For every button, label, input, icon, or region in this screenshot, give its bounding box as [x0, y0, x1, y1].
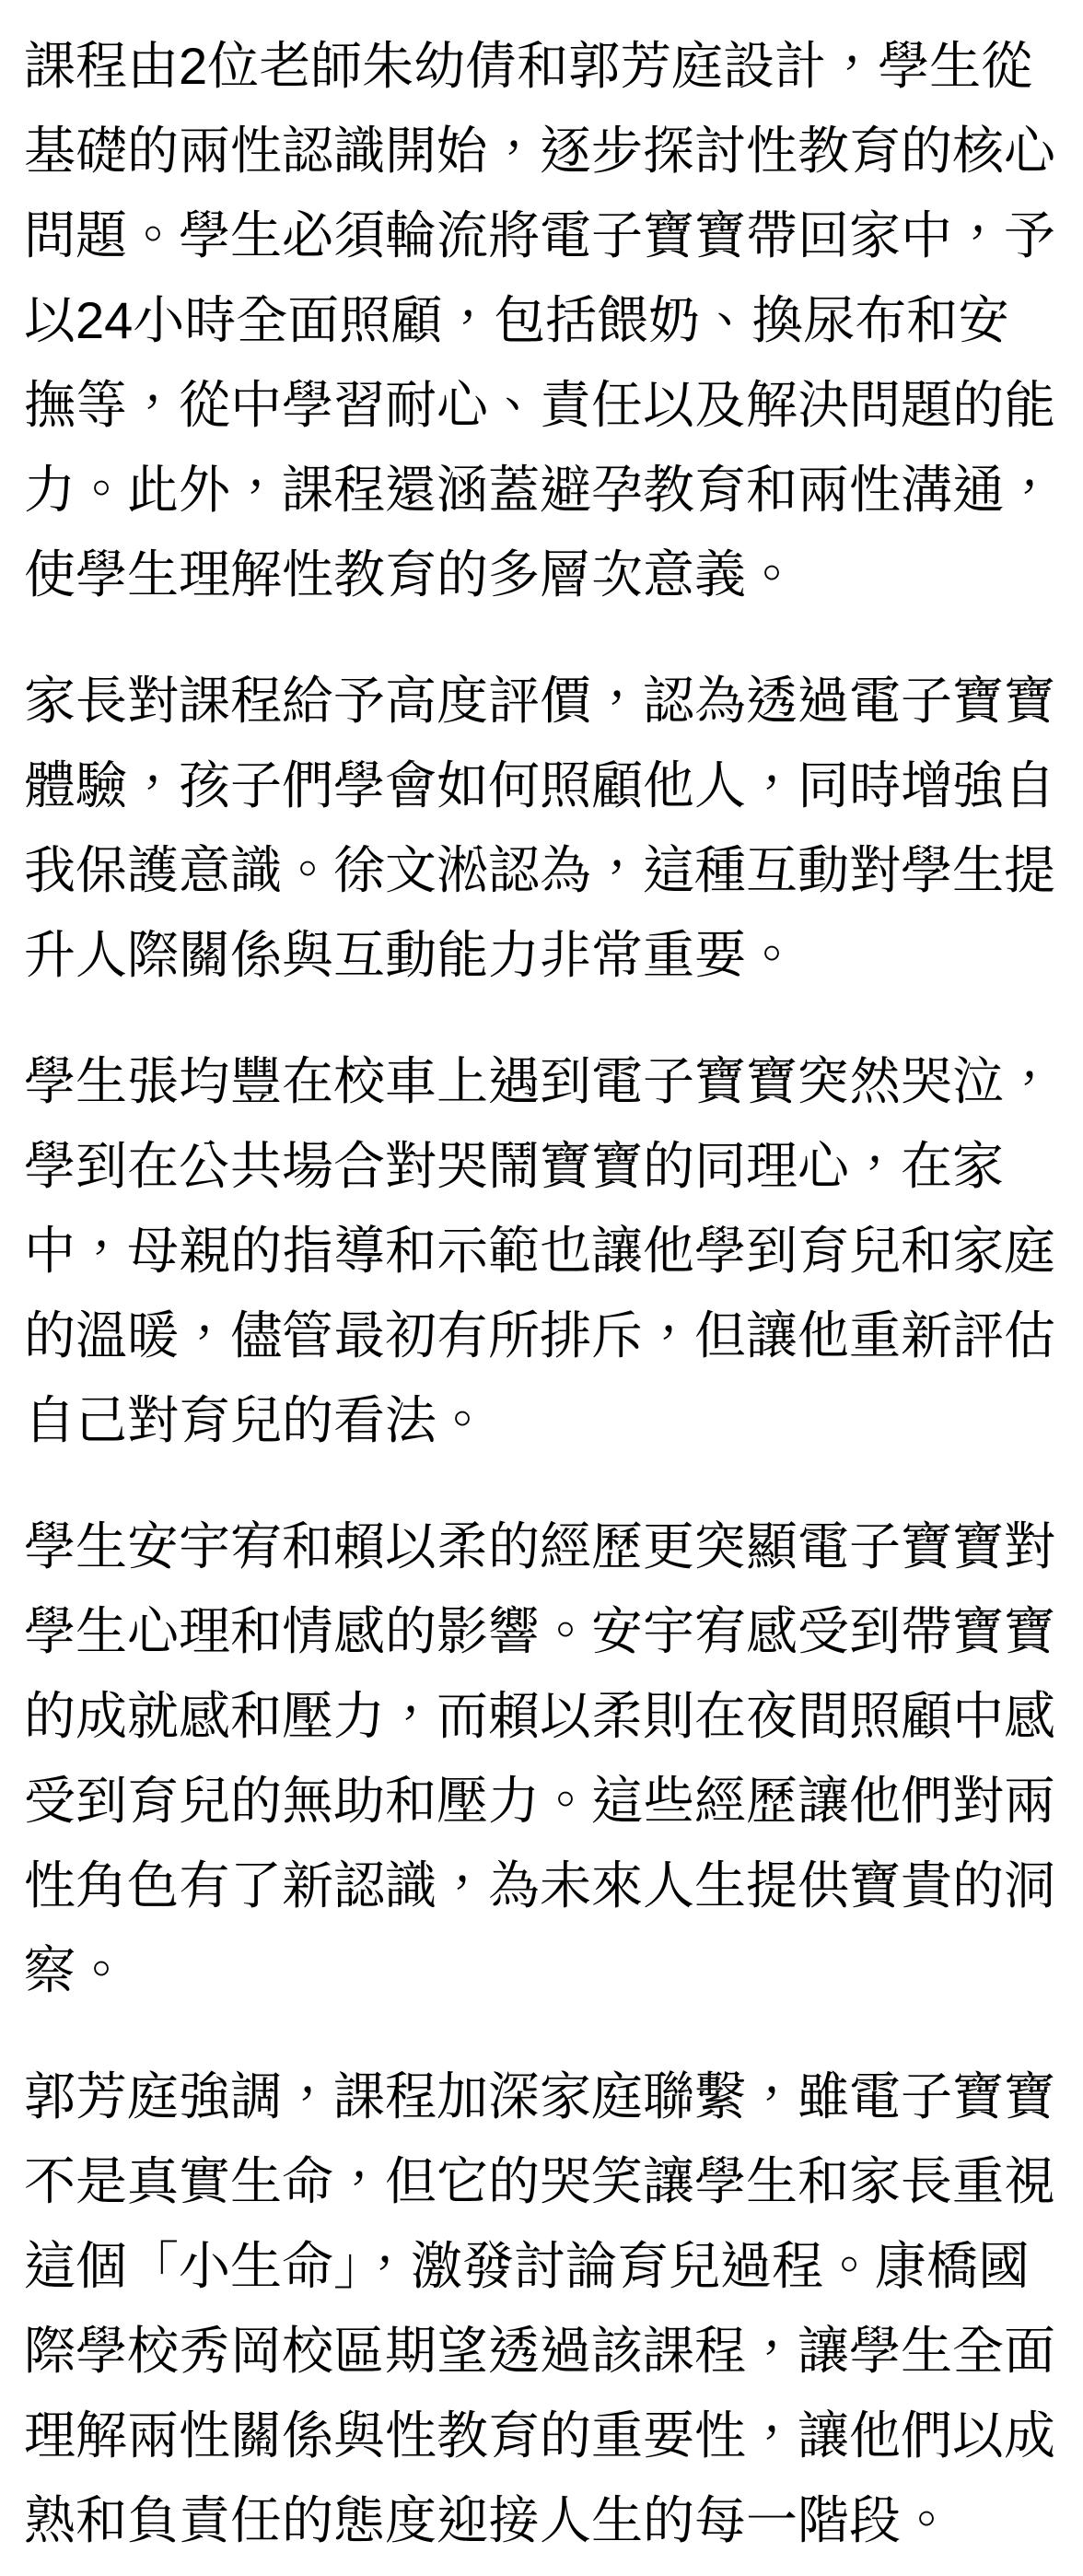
paragraph-students-an-lai: 學生安宇宥和賴以柔的經歷更突顯電子寶寶對學生心理和情感的影響。安宇宥感受到帶寶寶…: [24, 1505, 1061, 2013]
paragraph-parent-feedback: 家長對課程給予高度評價，認為透過電子寶寶體驗，孩子們學會如何照顧他人，同時增強自…: [24, 659, 1061, 998]
paragraph-conclusion: 郭芳庭強調，課程加深家庭聯繫，雖電子寶寶不是真實生命，但它的哭笑讓學生和家長重視…: [24, 2055, 1061, 2563]
paragraph-student-zhang: 學生張均豐在校車上遇到電子寶寶突然哭泣，學到在公共場合對哭鬧寶寶的同理心，在家中…: [24, 1039, 1061, 1463]
paragraph-course-design: 課程由2位老師朱幼倩和郭芳庭設計，學生從基礎的兩性認識開始，逐步探討性教育的核心…: [24, 24, 1061, 617]
article-body: 課程由2位老師朱幼倩和郭芳庭設計，學生從基礎的兩性認識開始，逐步探討性教育的核心…: [0, 0, 1083, 2563]
